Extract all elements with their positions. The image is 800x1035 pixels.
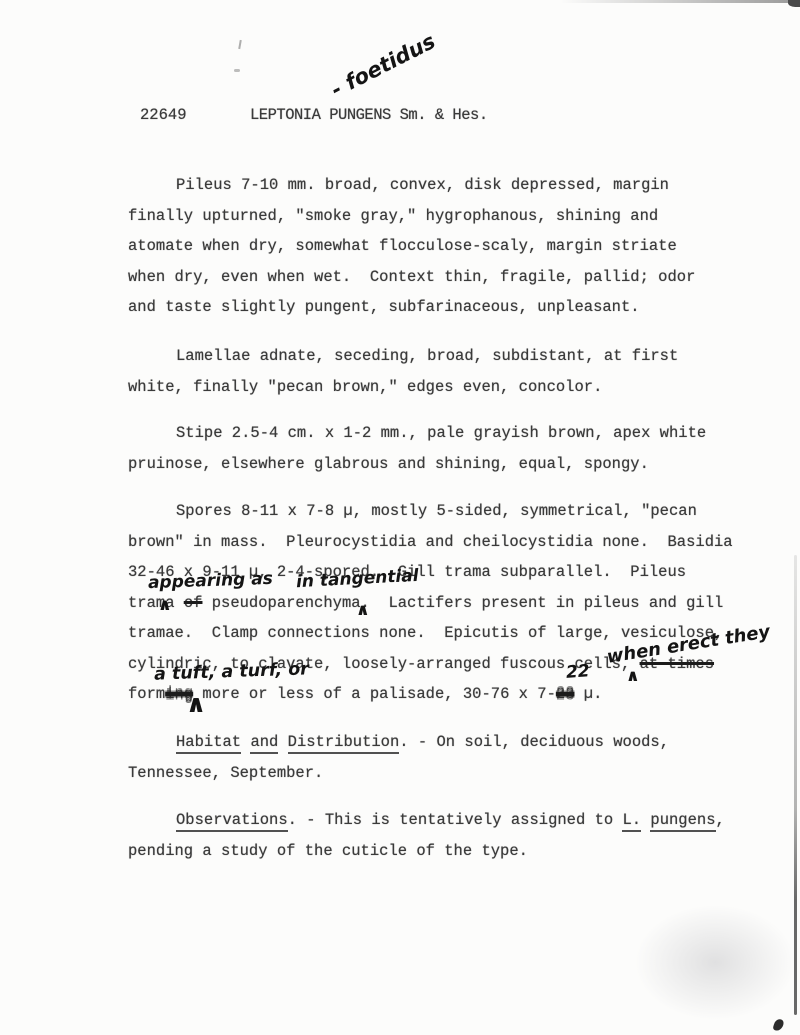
paragraph-stipe: Stipe 2.5-4 cm. x 1-2 mm., pale grayish …: [128, 418, 790, 479]
typed-line: Habitat and Distribution. - On soil, dec…: [128, 727, 790, 758]
typed-line: tramae. Clamp connections none. Epicutis…: [128, 618, 790, 649]
typed-line: pending a study of the cuticle of the ty…: [128, 836, 790, 867]
typed-line: trama of pseudoparenchyma. Lactifers pre…: [128, 588, 790, 619]
typed-text: . - On soil, deciduous woods,: [399, 733, 669, 751]
underlined-word: Distribution: [288, 733, 400, 754]
handwriting-species-epithet: - foetidus: [327, 29, 439, 102]
typed-text: trama: [128, 594, 184, 612]
struck-text: 23: [556, 685, 575, 703]
typed-line: atomate when dry, somewhat flocculose-sc…: [128, 231, 790, 262]
typed-line: finally upturned, "smoke gray," hygropha…: [128, 201, 790, 232]
scan-artifact-stray-tick: [238, 40, 242, 49]
typed-line: cylindric, to clavate, loosely-arranged …: [128, 649, 790, 680]
underlined-word: Habitat: [176, 733, 241, 754]
typed-text: ,: [716, 811, 725, 829]
paragraph-pileus: Pileus 7-10 mm. broad, convex, disk depr…: [128, 170, 790, 323]
typed-line: Lamellae adnate, seceding, broad, subdis…: [128, 341, 790, 372]
typed-line: brown" in mass. Pleurocystidia and cheil…: [128, 527, 790, 558]
typed-text: [278, 733, 287, 751]
struck-text: at times: [640, 655, 714, 673]
scan-artifact-bottom-right-smudge: [635, 905, 795, 1020]
typed-line: Pileus 7-10 mm. broad, convex, disk depr…: [128, 170, 790, 201]
typed-line: Spores 8-11 x 7-8 µ, mostly 5-sided, sym…: [128, 496, 790, 527]
typed-line: when dry, even when wet. Context thin, f…: [128, 262, 790, 293]
scan-artifact-right-edge-line: [794, 555, 797, 1015]
typed-text: cylindric, to clavate, loosely-arranged …: [128, 655, 640, 673]
paragraph-habitat: Habitat and Distribution. - On soil, dec…: [128, 727, 790, 788]
scan-artifact-top-edge: [560, 0, 800, 3]
typed-line: and taste slightly pungent, subfarinaceo…: [128, 292, 790, 323]
typed-line: Stipe 2.5-4 cm. x 1-2 mm., pale grayish …: [128, 418, 790, 449]
scan-artifact-stray-dash: [234, 69, 240, 72]
collection-number: 22649: [140, 100, 187, 131]
typed-text: µ.: [575, 685, 603, 703]
typed-line: forming more or less of a palisade, 30-7…: [128, 679, 790, 710]
paragraph-observations: Observations. - This is tentatively assi…: [128, 805, 790, 866]
typed-text: . - This is tentatively assigned to: [288, 811, 623, 829]
struck-text: of: [184, 594, 203, 612]
typed-line: 32-46 x 9-11 µ, 2-4-spored. Gill trama s…: [128, 557, 790, 588]
scanned-document-page: 22649 LEPTONIA PUNGENS Sm. & Hes. - foet…: [0, 0, 800, 1035]
underlined-word: pungens: [650, 811, 715, 832]
underlined-word: Observations: [176, 811, 288, 832]
paragraph-spores: Spores 8-11 x 7-8 µ, mostly 5-sided, sym…: [128, 496, 790, 710]
underlined-word: L.: [622, 811, 641, 832]
underlined-word: and: [250, 733, 278, 754]
struck-text: ing: [165, 685, 193, 703]
paragraph-lamellae: Lamellae adnate, seceding, broad, subdis…: [128, 341, 790, 402]
typed-line: pruinose, elsewhere glabrous and shining…: [128, 449, 790, 480]
typed-line: Tennessee, September.: [128, 758, 790, 789]
page-title: LEPTONIA PUNGENS Sm. & Hes.: [250, 100, 488, 131]
typed-text: more or less of a palisade, 30-76 x 7-: [193, 685, 556, 703]
typed-text: [641, 811, 650, 829]
typed-line: white, finally "pecan brown," edges even…: [128, 372, 790, 403]
typed-text: form: [128, 685, 165, 703]
scan-artifact-top-right-corner: [788, 0, 800, 7]
scan-artifact-ink-blot: [772, 1018, 784, 1032]
typed-line: Observations. - This is tentatively assi…: [128, 805, 790, 836]
typed-text: pseudoparenchyma. Lactifers present in p…: [202, 594, 723, 612]
